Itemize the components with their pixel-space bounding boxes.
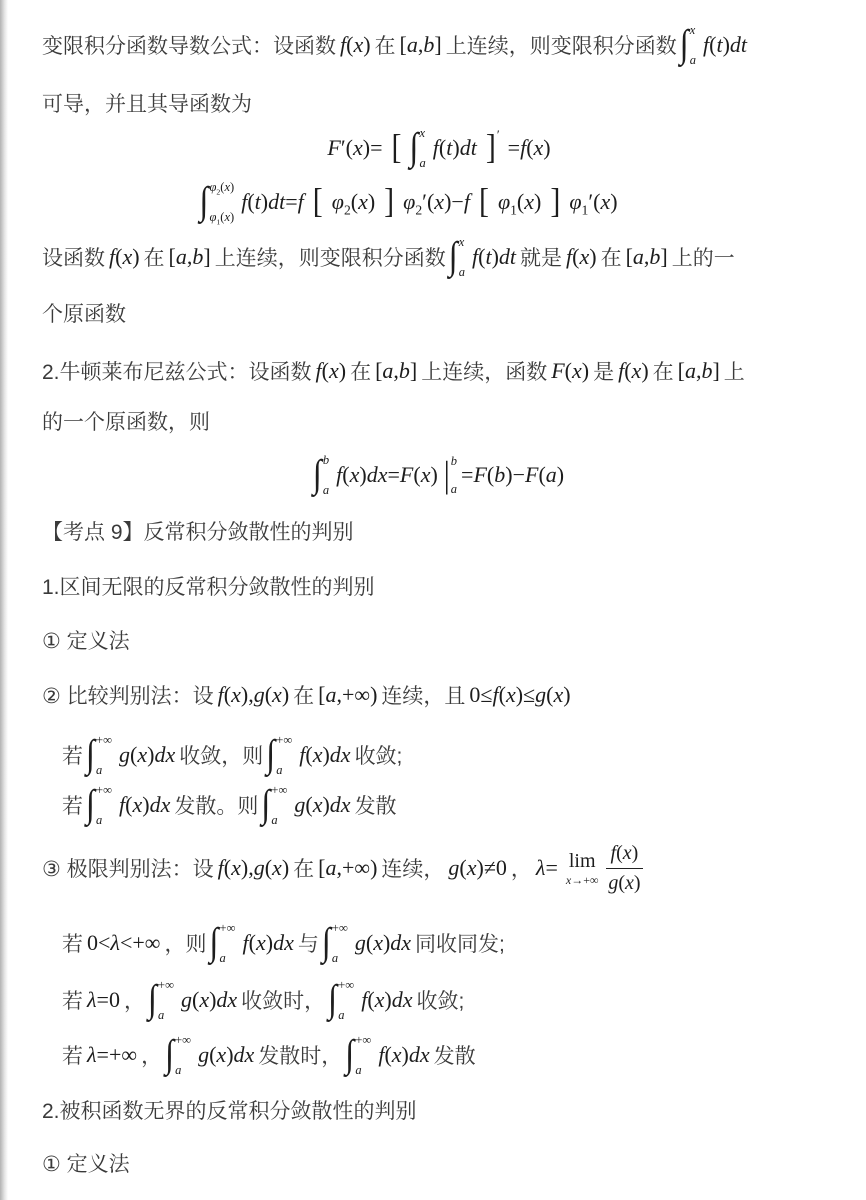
math-segment: 0≤f(x)≤g(x) — [469, 682, 570, 708]
text-segment: 在 — [653, 356, 674, 386]
integral-symbol: ∫+∞a — [86, 732, 112, 778]
math-segment: [a,b] — [678, 358, 720, 384]
text-segment: 发散。则 — [174, 790, 258, 820]
math-segment: [a,b] — [375, 358, 417, 384]
text-segment: 上连续，则变限积分函数 — [446, 30, 677, 60]
text-segment: 2.牛顿莱布尼兹公式：设函数 — [42, 356, 312, 386]
math-segment: 0<λ<+∞ — [87, 930, 160, 956]
text-segment: 就是 — [520, 242, 562, 272]
section-heading-kaodian9: 【考点 9】反常积分敛散性的判别 — [42, 511, 836, 551]
intro-line-2: 可导，并且其导函数为 — [42, 83, 836, 123]
item-1-definition-2: ① 定义法 — [42, 1143, 836, 1183]
big-bracket: ]′ — [485, 133, 500, 163]
limit-case-2: 若λ=0，∫+∞ag(x)dx收敛时，∫+∞af(x)dx收敛; — [62, 980, 836, 1020]
text-segment: 1.区间无限的反常积分敛散性的判别 — [42, 571, 375, 601]
math-segment: f(x)dx — [361, 987, 412, 1013]
math-segment: φ2(x) — [332, 189, 375, 215]
text-segment: ③ 极限判别法：设 — [42, 853, 214, 883]
text-segment: 收敛，则 — [179, 740, 263, 770]
item-3-limit-test: ③ 极限判别法：设f(x),g(x)在[a,+∞)连续，g(x)≠0，λ=lim… — [42, 848, 836, 888]
text-segment: 发散时， — [258, 1040, 342, 1070]
math-segment: f(t)dt=f — [241, 189, 304, 215]
math-segment: λ=0 — [87, 987, 120, 1013]
math-segment: f(x)dx — [299, 742, 350, 768]
limit-case-1: 若0<λ<+∞，则∫+∞af(x)dx与∫+∞ag(x)dx同收同发; — [62, 923, 836, 963]
integral-symbol: ∫+∞a — [322, 920, 348, 966]
text-segment: 收敛; — [355, 740, 403, 770]
text-segment: 的一个原函数，则 — [42, 406, 210, 436]
text-segment: ， — [124, 985, 145, 1015]
text-segment: ② 比较判别法：设 — [42, 680, 214, 710]
text-segment: 发散 — [355, 790, 397, 820]
item-2-comparison: ② 比较判别法：设f(x),g(x)在[a,+∞)连续，且0≤f(x)≤g(x) — [42, 675, 836, 715]
math-segment: λ= — [536, 855, 558, 881]
math-segment: f(x)dx — [243, 930, 294, 956]
text-segment: 【考点 9】反常积分敛散性的判别 — [42, 516, 354, 546]
math-segment: g(x)dx — [294, 792, 350, 818]
subsection-2: 2.被积函数无界的反常积分敛散性的判别 — [42, 1090, 836, 1130]
text-segment: 在 — [350, 356, 371, 386]
limit-operator: limx→+∞ — [566, 851, 599, 886]
math-segment: f(x) — [340, 32, 371, 58]
formula-variable-limits: ∫φ2(x)φ1(x)f(t)dt=f[φ2(x)]φ2′(x)−f[φ1(x)… — [12, 172, 806, 232]
text-segment: 若 — [62, 928, 83, 958]
math-segment: f(t)dt — [472, 244, 516, 270]
text-segment: ， — [141, 1040, 162, 1070]
newton-leibniz-line-2: 的一个原函数，则 — [42, 401, 836, 441]
intro-line-1: 变限积分函数导数公式：设函数f(x)在[a,b]上连续，则变限积分函数∫xaf(… — [42, 25, 836, 65]
integral-symbol: ∫xa — [409, 125, 425, 171]
math-segment: =F(b)−F(a) — [461, 462, 564, 488]
text-segment: 变限积分函数导数公式：设函数 — [42, 30, 336, 60]
text-segment: 个原函数 — [42, 298, 126, 328]
newton-leibniz-line-1: 2.牛顿莱布尼兹公式：设函数f(x)在[a,b]上连续，函数F(x)是f(x)在… — [42, 351, 836, 391]
text-segment: ① 定义法 — [42, 1148, 130, 1178]
integral-symbol: ∫ba — [313, 452, 329, 498]
antiderivative-line-2: 个原函数 — [42, 293, 836, 333]
text-segment: 在 — [293, 853, 314, 883]
math-segment: g(x)≠0 — [448, 855, 507, 881]
math-segment: φ1(x) — [498, 189, 541, 215]
integral-symbol: ∫+∞a — [165, 1032, 191, 1078]
math-segment: F′(x)= — [327, 135, 382, 161]
text-segment: 上的一 — [672, 242, 735, 272]
integral-symbol: ∫φ2(x)φ1(x) — [199, 179, 234, 225]
math-segment: f(x) — [316, 358, 347, 384]
math-segment: f(x) — [618, 358, 649, 384]
text-segment: 同收同发; — [415, 928, 505, 958]
math-segment: [a,b] — [400, 32, 442, 58]
text-segment: ，则 — [164, 928, 206, 958]
math-segment: f(x)dx — [119, 792, 170, 818]
math-segment: f(t)dt — [703, 32, 747, 58]
subsection-1: 1.区间无限的反常积分敛散性的判别 — [42, 566, 836, 606]
math-segment: F(x) — [551, 358, 589, 384]
math-segment: f(x) — [566, 244, 597, 270]
math-segment: f(x)dx=F(x) — [336, 462, 438, 488]
formula-newton-leibniz: ∫baf(x)dx=F(x)|ba=F(b)−F(a) — [42, 445, 836, 505]
math-segment: f(x)dx — [378, 1042, 429, 1068]
text-segment: 在 — [601, 242, 622, 272]
comparison-case-2: 若∫+∞af(x)dx发散。则∫+∞ag(x)dx发散 — [62, 785, 836, 825]
integral-symbol: ∫xa — [680, 22, 696, 68]
text-segment: 若 — [62, 1040, 83, 1070]
math-segment: [a,b] — [169, 244, 211, 270]
evaluation-bar: |ba — [444, 453, 457, 497]
integral-symbol: ∫+∞a — [345, 1032, 371, 1078]
integral-symbol: ∫+∞a — [148, 977, 174, 1023]
text-segment: 收敛; — [417, 985, 465, 1015]
math-segment: f(x) — [109, 244, 140, 270]
text-segment: 在 — [375, 30, 396, 60]
text-segment: 上连续，则变限积分函数 — [215, 242, 446, 272]
math-segment: f(x),g(x) — [218, 682, 289, 708]
big-bracket: [ — [478, 187, 490, 217]
math-segment: g(x)dx — [355, 930, 411, 956]
math-segment: φ2′(x)−f — [403, 189, 470, 215]
big-bracket: [ — [390, 133, 402, 163]
text-segment: ， — [511, 853, 532, 883]
text-segment: 2.被积函数无界的反常积分敛散性的判别 — [42, 1095, 417, 1125]
text-segment: 是 — [593, 356, 614, 386]
text-segment: 设函数 — [42, 242, 105, 272]
text-segment: 连续， — [381, 853, 444, 883]
integral-symbol: ∫+∞a — [261, 782, 287, 828]
integral-symbol: ∫+∞a — [266, 732, 292, 778]
document-body: 变限积分函数导数公式：设函数f(x)在[a,b]上连续，则变限积分函数∫xaf(… — [0, 0, 866, 1200]
text-segment: ① 定义法 — [42, 625, 130, 655]
math-segment: λ=+∞ — [87, 1042, 137, 1068]
fraction: f(x)g(x) — [606, 842, 644, 895]
text-segment: 若 — [62, 790, 83, 820]
text-segment: 若 — [62, 985, 83, 1015]
text-segment: 上 — [724, 356, 745, 386]
integral-symbol: ∫+∞a — [86, 782, 112, 828]
integral-symbol: ∫xa — [449, 234, 465, 280]
math-segment: g(x)dx — [181, 987, 237, 1013]
math-segment: g(x)dx — [119, 742, 175, 768]
text-segment: 连续，且 — [381, 680, 465, 710]
text-segment: 上连续，函数 — [421, 356, 547, 386]
text-segment: 收敛时， — [241, 985, 325, 1015]
formula-derivative: F′(x)=[∫xaf(t)dt]′=f(x) — [42, 118, 836, 178]
integral-symbol: ∫+∞a — [328, 977, 354, 1023]
big-bracket: ] — [549, 187, 561, 217]
text-segment: 在 — [144, 242, 165, 272]
math-segment: [a,+∞) — [318, 855, 377, 881]
big-bracket: [ — [312, 187, 324, 217]
math-segment: g(x)dx — [198, 1042, 254, 1068]
antiderivative-line-1: 设函数f(x)在[a,b]上连续，则变限积分函数∫xaf(t)dt就是f(x)在… — [42, 237, 836, 277]
math-segment: [a,+∞) — [318, 682, 377, 708]
text-segment: 可导，并且其导函数为 — [42, 88, 252, 118]
math-segment: f(t)dt — [433, 135, 477, 161]
limit-case-3: 若λ=+∞，∫+∞ag(x)dx发散时，∫+∞af(x)dx发散 — [62, 1035, 836, 1075]
math-segment: f(x),g(x) — [218, 855, 289, 881]
text-segment: 与 — [298, 928, 319, 958]
text-segment: 若 — [62, 740, 83, 770]
comparison-case-1: 若∫+∞ag(x)dx收敛，则∫+∞af(x)dx收敛; — [62, 735, 836, 775]
item-1-definition: ① 定义法 — [42, 620, 836, 660]
integral-symbol: ∫+∞a — [209, 920, 235, 966]
math-segment: =f(x) — [508, 135, 551, 161]
math-segment: [a,b] — [626, 244, 668, 270]
math-segment: φ1′(x) — [569, 189, 617, 215]
big-bracket: ] — [383, 187, 395, 217]
text-segment: 发散 — [434, 1040, 476, 1070]
text-segment: 在 — [293, 680, 314, 710]
